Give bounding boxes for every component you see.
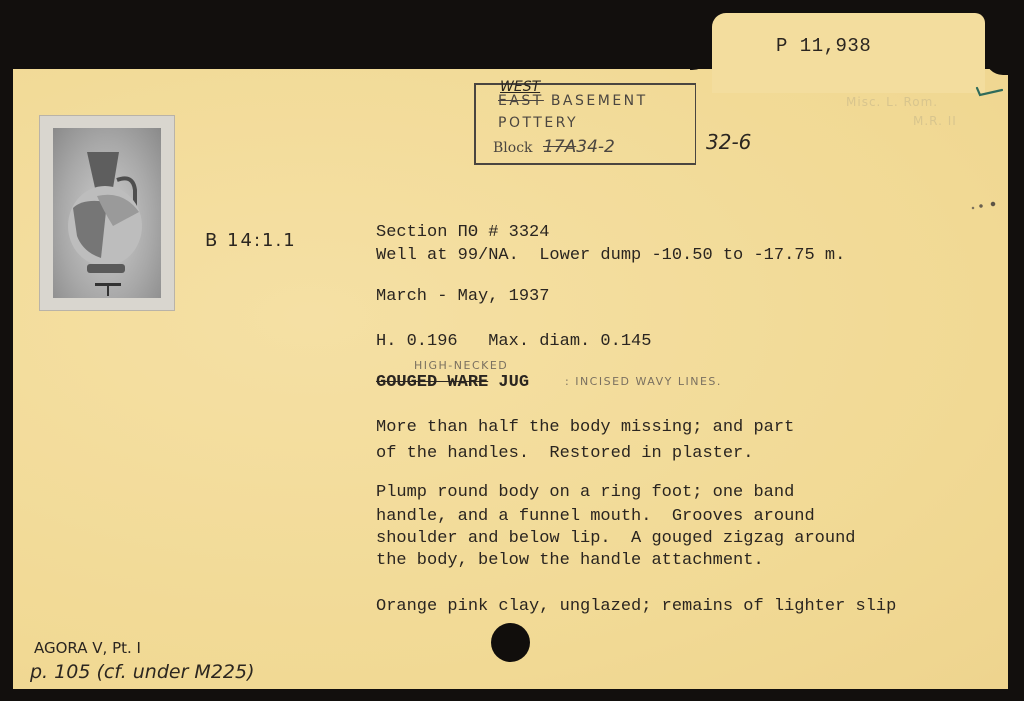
- condition-line-2: of the handles. Restored in plaster.: [376, 443, 753, 464]
- publication-typed: AGORA V, Pt. I: [34, 639, 141, 657]
- description-line-2: handle, and a funnel mouth. Grooves arou…: [376, 506, 815, 527]
- section-line: Section ΠΘ # 3324: [376, 222, 549, 243]
- description-insert: : INCISED WAVY LINES.: [565, 375, 722, 388]
- ink-specks: [965, 196, 1005, 216]
- location-struck: EAST: [498, 93, 544, 109]
- stamp-block-line: Block 17A34-2: [493, 137, 615, 157]
- card-tab-edge-left: [690, 13, 714, 70]
- stamp-line-2: POTTERY: [498, 115, 578, 131]
- high-necked-insert: HIGH-NECKED: [414, 359, 508, 372]
- fabric-line: Orange pink clay, unglazed; remains of l…: [376, 596, 896, 617]
- findspot-line: Well at 99/NA. Lower dump -10.50 to -17.…: [376, 245, 845, 266]
- object-title: GOUGED WARE JUG: [376, 372, 529, 393]
- jug-image-icon: [53, 128, 161, 298]
- card-tab-edge-right: [985, 13, 1015, 75]
- publication-handwritten: p. 105 (cf. under M225): [30, 661, 255, 683]
- catalog-number: P 11,938: [776, 35, 871, 57]
- block-new-value: 34-2: [576, 137, 615, 157]
- block-label: Block: [493, 140, 533, 156]
- pencil-number: 32-6: [706, 130, 751, 154]
- description-line-3: shoulder and below lip. A gouged zigzag …: [376, 528, 855, 549]
- check-mark-icon: [975, 85, 1003, 97]
- faint-pencil-note-2: M.R. II: [913, 114, 957, 128]
- description-line-4: the body, below the handle attachment.: [376, 550, 764, 571]
- storage-location-stamp: WEST EAST BASEMENT POTTERY Block 17A34-2: [474, 83, 696, 165]
- stamp-line-1: EAST BASEMENT: [498, 93, 648, 109]
- block-old-value: 17A: [543, 137, 576, 157]
- inventory-handwritten: B 14:1.1: [205, 230, 297, 251]
- object-title-rest: JUG: [488, 373, 529, 392]
- object-photo: [39, 115, 175, 311]
- description-line-1: Plump round body on a ring foot; one ban…: [376, 482, 794, 503]
- stamp-basement: BASEMENT: [551, 93, 648, 109]
- condition-line-1: More than half the body missing; and par…: [376, 417, 794, 438]
- dimensions-line: H. 0.196 Max. diam. 0.145: [376, 331, 651, 352]
- faint-pencil-note-1: Misc. L. Rom.: [846, 95, 938, 109]
- photo-image: [53, 128, 161, 298]
- date-line: March - May, 1937: [376, 286, 549, 307]
- object-title-struck: GOUGED WARE: [376, 373, 488, 392]
- punch-hole: [491, 623, 530, 662]
